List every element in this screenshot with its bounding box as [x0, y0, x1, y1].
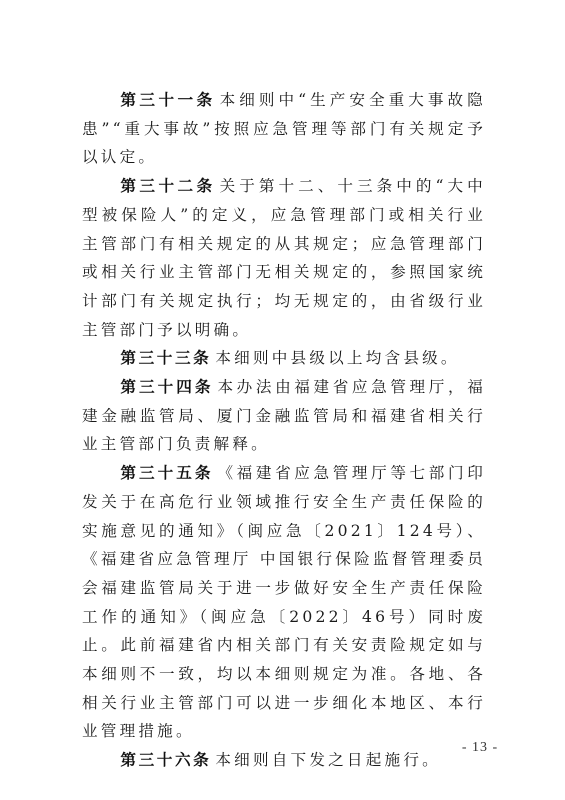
- article-text: 《福建省应急管理厅等七部门印发关于在高危行业领域推行安全生产责任保险的实施意见的…: [82, 464, 486, 740]
- article-text: 本细则中县级以上均含县级。: [215, 349, 459, 367]
- article-36: 第三十六条本细则自下发之日起施行。: [82, 746, 486, 775]
- page-number: - 13 -: [440, 740, 520, 756]
- document-body: 第三十一条本细则中“生产安全重大事故隐患”“重大事故”按照应急管理等部门有关规定…: [82, 86, 486, 775]
- article-33: 第三十三条本细则中县级以上均含县级。: [82, 344, 486, 373]
- article-35: 第三十五条《福建省应急管理厅等七部门印发关于在高危行业领域推行安全生产责任保险的…: [82, 459, 486, 746]
- article-34: 第三十四条本办法由福建省应急管理厅，福建金融监管局、厦门金融监管局和福建省相关行…: [82, 373, 486, 459]
- article-heading: 第三十一条: [120, 90, 215, 109]
- article-31: 第三十一条本细则中“生产安全重大事故隐患”“重大事故”按照应急管理等部门有关规定…: [82, 86, 486, 172]
- article-heading: 第三十四条: [120, 377, 213, 396]
- article-heading: 第三十二条: [120, 176, 215, 195]
- article-heading: 第三十六条: [120, 750, 211, 769]
- article-text: 本细则自下发之日起施行。: [215, 751, 441, 769]
- article-32: 第三十二条关于第十二、十三条中的“大中型被保险人”的定义，应急管理部门或相关行业…: [82, 172, 486, 344]
- article-heading: 第三十三条: [120, 348, 211, 367]
- article-heading: 第三十五条: [120, 463, 213, 482]
- document-page: 第三十一条本细则中“生产安全重大事故隐患”“重大事故”按照应急管理等部门有关规定…: [0, 0, 565, 800]
- article-text: 关于第十二、十三条中的“大中型被保险人”的定义，应急管理部门或相关行业主管部门有…: [82, 177, 486, 339]
